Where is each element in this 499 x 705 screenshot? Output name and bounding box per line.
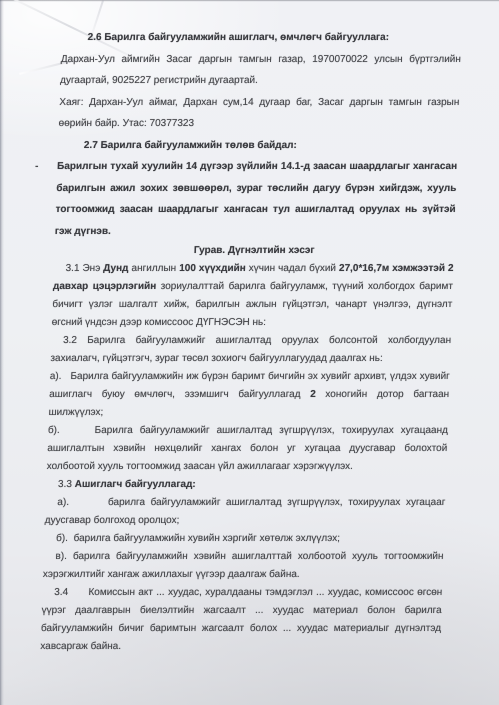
paragraph-text: б). Барилга байгууламжийг ашиглалтад зүг… (46, 425, 450, 472)
text-run: а). барилга байгууламжийг ашиглалтад зүг… (45, 497, 449, 526)
section-2-7-list-item: -Барилгын тухай хуулийн 14 дүгээр зүйлий… (54, 156, 457, 242)
text-run: 3.2 Барилга байгууламжийг ашиглалтад ору… (50, 335, 454, 364)
clause-3-3-point-v: в). барилга байгууламжийн хэвийн ашиглал… (43, 548, 444, 584)
clause-3-3-point-a: а). барилга байгууламжийг ашиглалтад зүг… (44, 494, 445, 530)
text-run: 100 хүүхдийн (179, 263, 246, 274)
heading-text: Гурав. Дүгнэлтийн хэсэг (194, 245, 315, 256)
scan-edge-top (0, 0, 499, 2)
text-run: 3.4 Комиссын акт ... хуудас, хуралдааны … (40, 587, 445, 652)
text-run: хүчин чадал бүхий (246, 263, 340, 274)
heading-text: 2.7 Барилга байгууламжийн төлөв байдал: (84, 140, 297, 151)
section-2-6-heading: 2.6 Барилга байгууламжийн ашиглагч, өмчл… (61, 27, 462, 49)
scan-edge-left (0, 0, 4, 705)
clause-3-1: 3.1 Энэ Дунд ангиллын 100 хүүхдийн хүчин… (51, 260, 454, 332)
text-run: Гурав. Дүгнэлтийн хэсэг (194, 245, 315, 256)
heading-text: 3.3 Ашиглагч байгууллагад: (58, 479, 196, 490)
text-run: Дунд (103, 263, 129, 274)
heading-text: 2.6 Барилга байгууламжийн ашиглагч, өмчл… (87, 32, 389, 43)
paragraph-text: Дархан-Уул аймгийн Засаг даргын тамгын г… (60, 54, 464, 87)
paragraph-text: 3.1 Энэ Дунд ангиллын 100 хүүхдийн хүчин… (51, 263, 456, 328)
clause-3-3-heading: 3.3 Ашиглагч байгууллагад: (46, 476, 447, 494)
section-3: Гурав. Дүгнэлтийн хэсэг 3.1 Энэ Дунд анг… (40, 242, 454, 656)
paragraph-text: Хаяг: Дархан-Уул аймаг, Дархан сум,14 ду… (58, 97, 462, 130)
text-run: Дархан-Уул аймгийн Засаг даргын тамгын г… (60, 54, 464, 87)
clause-3-3-point-b: б). барилга байгууламжийн хувийн хэргийг… (44, 530, 445, 548)
paragraph-text: 3.2 Барилга байгууламжийг ашиглалтад ору… (50, 335, 454, 364)
paragraph-text: в). барилга байгууламжийн хэвийн ашиглал… (43, 551, 447, 580)
text-run: 3.3 (58, 479, 75, 490)
text-run: б). Барилга байгууламжийг ашиглалтад зүг… (46, 425, 450, 472)
section-2-6-body-address: Хаяг: Дархан-Уул аймаг, Дархан сум,14 ду… (58, 92, 460, 135)
paragraph-text: 3.4 Комиссын акт ... хуудас, хуралдааны … (40, 587, 445, 652)
paragraph-text: б). барилга байгууламжийн хувийн хэргийг… (56, 533, 340, 544)
clause-3-2: 3.2 Барилга байгууламжийг ашиглалтад ору… (50, 332, 451, 368)
dash-bullet: - (35, 156, 39, 178)
scanned-page: 2.6 Барилга байгууламжийн ашиглагч, өмчл… (0, 0, 499, 705)
paragraph-text: Барилгын тухай хуулийн 14 дүгээр зүйлийн… (55, 161, 460, 237)
paragraph-text: а). Барилга байгууламжийн иж бүрэн барим… (48, 371, 452, 418)
text-run: 2.7 Барилга байгууламжийн төлөв байдал: (84, 140, 297, 151)
section-2-6-body-registration: Дархан-Уул аймгийн Засаг даргын тамгын г… (60, 49, 462, 92)
text-run: Ашиглагч байгууллагад: (75, 479, 196, 490)
text-run: в). барилга байгууламжийн хэвийн ашиглал… (43, 551, 447, 580)
clause-3-4: 3.4 Комиссын акт ... хуудас, хуралдааны … (40, 584, 443, 656)
text-run: 3.1 Энэ (65, 263, 103, 274)
text-run: б). барилга байгууламжийн хувийн хэргийг… (56, 533, 340, 544)
clause-3-2-point-a: а). Барилга байгууламжийн иж бүрэн барим… (48, 368, 450, 422)
text-run: ангиллын (128, 263, 179, 274)
text-run: 2.6 Барилга байгууламжийн ашиглагч, өмчл… (87, 32, 389, 43)
page-content: 2.6 Барилга байгууламжийн ашиглагч, өмчл… (40, 27, 462, 656)
section-2: 2.6 Барилга байгууламжийн ашиглагч, өмчл… (54, 27, 462, 242)
chapter-3-heading: Гурав. Дүгнэлтийн хэсэг (54, 242, 455, 260)
clause-3-2-point-b: б). Барилга байгууламжийг ашиглалтад зүг… (46, 422, 448, 476)
text-run: Хаяг: Дархан-Уул аймаг, Дархан сум,14 ду… (58, 97, 462, 130)
paragraph-text: а). барилга байгууламжийг ашиглалтад зүг… (45, 497, 449, 526)
section-2-7-heading: 2.7 Барилга байгууламжийн төлөв байдал: (57, 135, 458, 157)
text-run: Барилгын тухай хуулийн 14 дүгээр зүйлийн… (55, 161, 460, 237)
